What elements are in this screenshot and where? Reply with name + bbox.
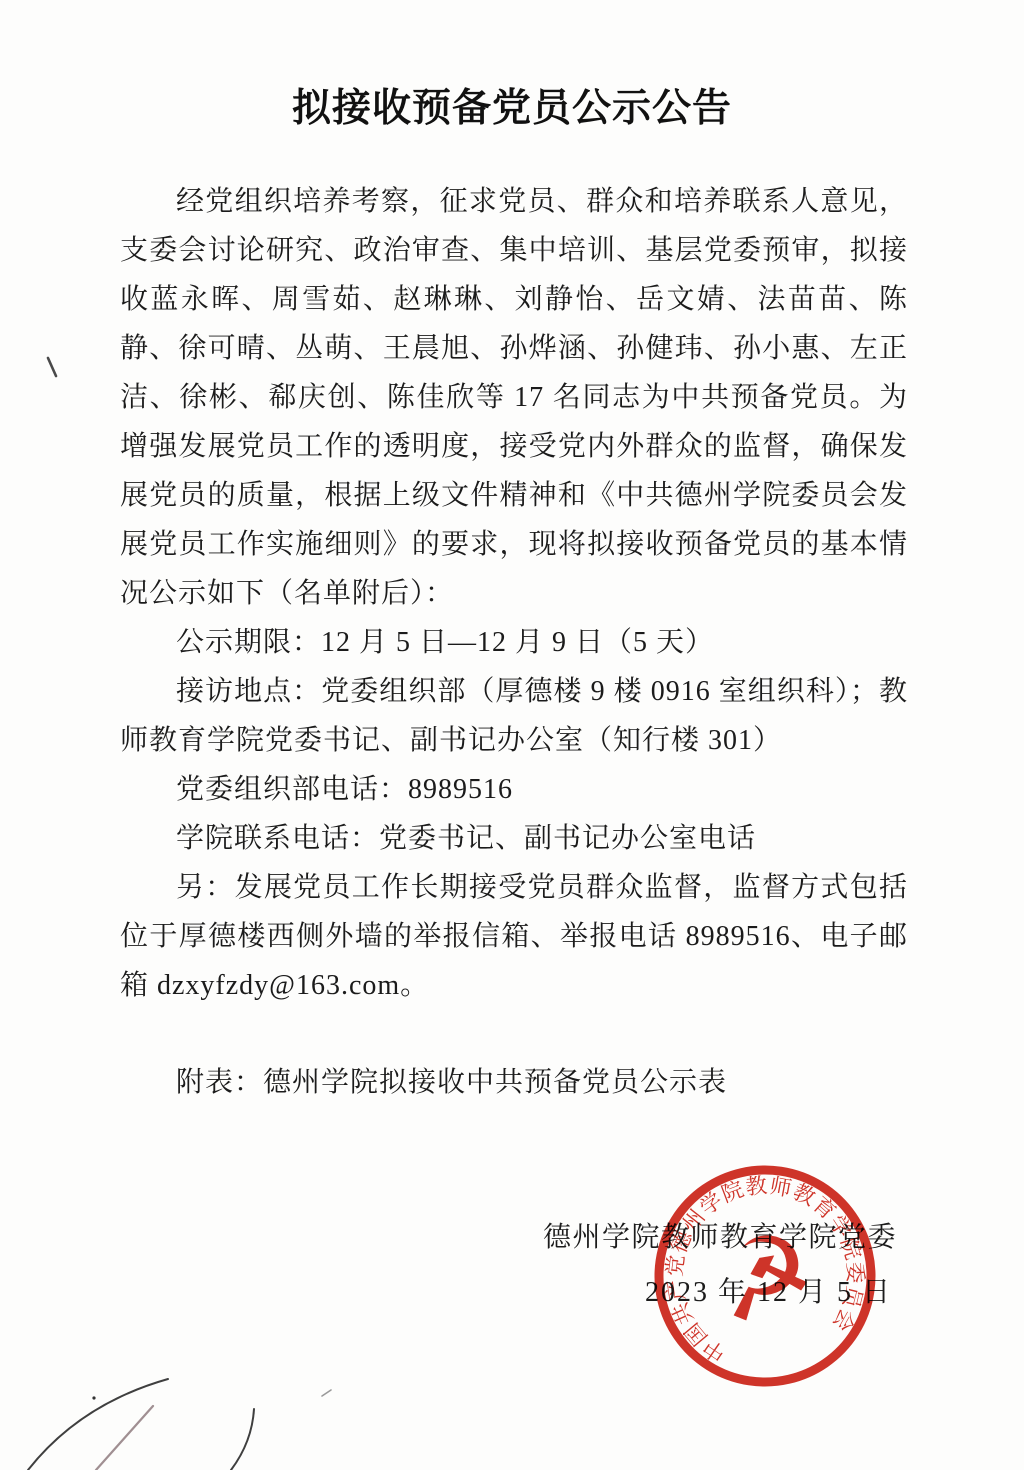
pen-stroke <box>28 1379 168 1470</box>
paragraph-college-phone: 学院联系电话：党委书记、副书记办公室电话 <box>120 814 908 863</box>
faint-mark <box>322 1390 331 1396</box>
page-title: 拟接收预备党员公示公告 <box>0 86 1024 132</box>
scanned-announcement-page: 拟接收预备党员公示公告 经党组织培养考察，征求党员、群众和培养联系人意见，支委会… <box>0 0 1024 1470</box>
paragraph-visit-location: 接访地点：党委组织部（厚德楼 9 楼 0916 室组织科）；教师教育学院党委书记… <box>120 667 908 765</box>
attachment-line: 附表：德州学院拟接收中共预备党员公示表 <box>120 1058 908 1107</box>
document-body: 经党组织培养考察，征求党员、群众和培养联系人意见，支委会讨论研究、政治审查、集中… <box>0 177 1024 1107</box>
paragraph-intro: 经党组织培养考察，征求党员、群众和培养联系人意见，支委会讨论研究、政治审查、集中… <box>120 177 908 618</box>
paragraph-supervision: 另：发展党员工作长期接受党员群众监督，监督方式包括位于厚德楼西侧外墙的举报信箱、… <box>120 863 908 1010</box>
paragraph-publicity-period: 公示期限：12 月 5 日—12 月 9 日（5 天） <box>120 618 908 667</box>
ink-speck <box>92 1396 95 1399</box>
paragraph-org-phone: 党委组织部电话：8989516 <box>120 765 908 814</box>
pen-stroke <box>231 1409 254 1470</box>
pen-stroke <box>96 1406 153 1470</box>
official-red-seal: 中国共产党德州学院教师教育学院委员会 ☭ <box>625 1136 906 1417</box>
hammer-and-sickle-icon: ☭ <box>704 1207 826 1351</box>
